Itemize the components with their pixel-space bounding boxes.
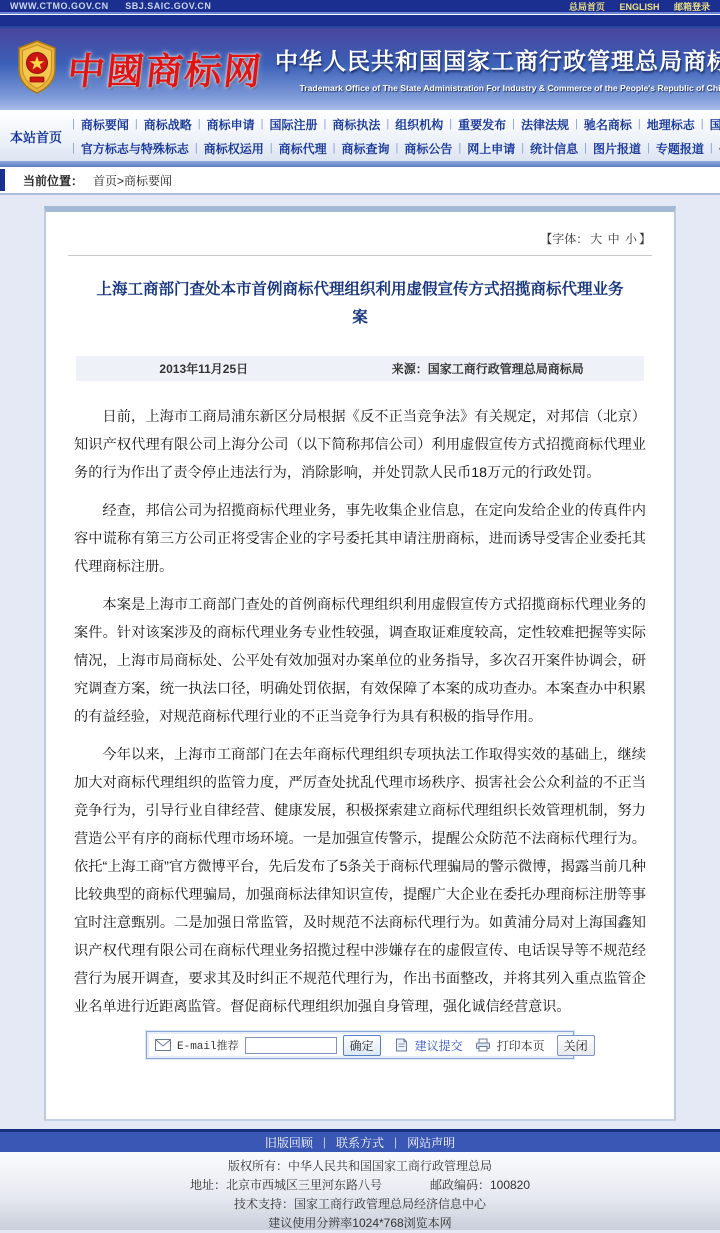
- nav-item-online-application[interactable]: 网上申请: [461, 140, 521, 157]
- nav-item-public-messages[interactable]: 公众留言: [713, 140, 720, 157]
- footer-tech-support: 技术支持：国家工商行政管理总局经济信息中心: [0, 1195, 720, 1214]
- link-mail-login[interactable]: 邮箱登录: [674, 2, 710, 12]
- footer-copyright: 版权所有：中华人民共和国国家工商行政管理总局: [0, 1157, 720, 1176]
- nav-item-trademark-news[interactable]: 商标要闻: [75, 116, 135, 133]
- breadcrumb-tick: [0, 169, 5, 191]
- link-sbj-saic[interactable]: SBJ.SAIC.GOV.CN: [125, 1, 211, 11]
- footer-link-contact[interactable]: 联系方式: [336, 1134, 384, 1151]
- nav-item-trademark-enforcement[interactable]: 商标执法: [326, 116, 386, 133]
- nav-row-2: | 官方标志与特殊标志 | 商标权运用 | 商标代理 | 商标查询 | 商标公告…: [72, 136, 720, 160]
- article-paragraph: 日前，上海市工商局浦东新区分局根据《反不正当竞争法》有关规定，对邦信（北京）知识…: [74, 403, 646, 487]
- main-area: 【字体：大 中 小】 上海工商部门查处本市首例商标代理组织利用虚假宣传方式招揽商…: [0, 195, 720, 1129]
- article-body: 日前，上海市工商局浦东新区分局根据《反不正当竞争法》有关规定，对邦信（北京）知识…: [74, 403, 646, 1031]
- footer-info: 版权所有：中华人民共和国国家工商行政管理总局 地址：北京市西城区三里河东路八号邮…: [0, 1152, 720, 1230]
- font-size-tool: 【字体：大 中 小】: [46, 226, 674, 255]
- print-page-link[interactable]: 打印本页: [497, 1037, 545, 1054]
- nav-home-link[interactable]: 本站首页: [10, 127, 72, 146]
- close-button[interactable]: 关闭: [557, 1035, 595, 1056]
- article-content-box: 【字体：大 中 小】 上海工商部门查处本市首例商标代理组织利用虚假宣传方式招揽商…: [44, 206, 676, 1121]
- topbar-strip: [0, 14, 720, 26]
- header-divider: [68, 255, 652, 256]
- font-tool-suffix: 】: [639, 232, 651, 246]
- footer-separator: |: [323, 1135, 326, 1149]
- nav-item-statistics[interactable]: 统计信息: [524, 140, 584, 157]
- nav-item-special-reports[interactable]: 专题报道: [650, 140, 710, 157]
- article-meta-bar: 2013年11月25日 来源：国家工商行政管理总局商标局: [76, 356, 644, 381]
- nav-item-official-special-marks[interactable]: 官方标志与特殊标志: [75, 140, 195, 157]
- footer-link-bar: 旧版回顾 | 联系方式 | 网站声明: [0, 1129, 720, 1152]
- footer-separator: |: [394, 1135, 397, 1149]
- header-titles: 中华人民共和国国家工商行政管理总局商标局 Trademark Office of…: [275, 43, 720, 93]
- nav-item-trademark-strategy[interactable]: 商标战略: [138, 116, 198, 133]
- nav-item-trademark-search[interactable]: 商标查询: [335, 140, 395, 157]
- article-action-toolbar: E-mail推荐 确定 建议提交 打印本页 关闭: [146, 1031, 574, 1059]
- footer-link-old-version[interactable]: 旧版回顾: [265, 1134, 313, 1151]
- footer-address: 地址：北京市西城区三里河东路八号: [190, 1178, 382, 1192]
- font-size-medium-button[interactable]: 中: [608, 232, 620, 246]
- topbar-links: 总局首页 ENGLISH 邮箱登录: [557, 0, 710, 13]
- site-logo-text[interactable]: 中國商标网: [65, 41, 266, 95]
- link-english[interactable]: ENGLISH: [619, 2, 659, 12]
- top-utility-bar: WWW.CTMO.GOV.CN SBJ.SAIC.GOV.CN 总局首页 ENG…: [0, 0, 720, 14]
- suggestion-submit-link[interactable]: 建议提交: [415, 1037, 463, 1054]
- footer-link-site-statement[interactable]: 网站声明: [407, 1134, 455, 1151]
- saic-emblem-icon: [14, 39, 60, 97]
- site-title: 中华人民共和国国家工商行政管理总局商标局: [275, 43, 720, 76]
- article-paragraph: 本案是上海市工商部门查处的首例商标代理组织利用虚假宣传方式招揽商标代理业务的案件…: [74, 591, 646, 731]
- article-paragraph: 经查，邦信公司为招揽商标代理业务，事先收集企业信息，在定向发给企业的传真件内容中…: [74, 497, 646, 581]
- printer-icon: [475, 1038, 491, 1052]
- site-header: 中國商标网 中华人民共和国国家工商行政管理总局商标局 Trademark Off…: [0, 26, 720, 110]
- nav-item-trademark-gazette[interactable]: 商标公告: [398, 140, 458, 157]
- article-date: 2013年11月25日: [76, 360, 332, 377]
- footer-address-line: 地址：北京市西城区三里河东路八号邮政编码：100820: [0, 1176, 720, 1195]
- article-title: 上海工商部门查处本市首例商标代理组织利用虚假宣传方式招揽商标代理业务案: [92, 276, 628, 332]
- nav-item-laws-regulations[interactable]: 法律法规: [515, 116, 575, 133]
- font-size-large-button[interactable]: 大: [590, 232, 602, 246]
- font-tool-prefix: 【字体：: [540, 232, 588, 246]
- article-source: 来源：国家工商行政管理总局商标局: [332, 360, 644, 377]
- breadcrumb: 当前位置： 首页>商标要闻: [0, 167, 720, 195]
- nav-item-photo-reports[interactable]: 图片报道: [587, 140, 647, 157]
- email-recommend-label: E-mail推荐: [177, 1037, 239, 1053]
- nav-item-important-releases[interactable]: 重要发布: [452, 116, 512, 133]
- nav-item-wellknown-trademarks[interactable]: 驰名商标: [578, 116, 638, 133]
- nav-row-1: | 商标要闻 | 商标战略 | 商标申请 | 国际注册 | 商标执法 | 组织机…: [72, 112, 720, 136]
- site-subtitle-english: Trademark Office of The State Administra…: [275, 83, 720, 93]
- envelope-icon: [155, 1038, 171, 1052]
- email-input[interactable]: [245, 1037, 337, 1054]
- topbar-domains: WWW.CTMO.GOV.CN SBJ.SAIC.GOV.CN: [10, 1, 225, 11]
- nav-item-international-exchange[interactable]: 国际交流: [704, 116, 720, 133]
- nav-rows: | 商标要闻 | 商标战略 | 商标申请 | 国际注册 | 商标执法 | 组织机…: [72, 112, 720, 160]
- breadcrumb-label: 当前位置：: [23, 172, 83, 189]
- article-paragraph: 今年以来，上海市工商部门在去年商标代理组织专项执法工作取得实效的基础上，继续加大…: [74, 741, 646, 1021]
- link-ctmo[interactable]: WWW.CTMO.GOV.CN: [10, 1, 109, 11]
- suggestion-doc-icon: [393, 1038, 409, 1052]
- main-navigation: 本站首页 | 商标要闻 | 商标战略 | 商标申请 | 国际注册 | 商标执法 …: [0, 110, 720, 161]
- nav-item-trademark-use[interactable]: 商标权运用: [198, 140, 270, 157]
- nav-item-trademark-agency[interactable]: 商标代理: [273, 140, 333, 157]
- font-size-small-button[interactable]: 小: [625, 232, 637, 246]
- link-bureau-home[interactable]: 总局首页: [569, 2, 605, 12]
- nav-item-trademark-application[interactable]: 商标申请: [201, 116, 261, 133]
- footer-postcode: 邮政编码：100820: [430, 1178, 530, 1192]
- email-confirm-button[interactable]: 确定: [343, 1035, 381, 1056]
- footer-resolution-note: 建议使用分辨率1024*768浏览本网: [0, 1214, 720, 1233]
- breadcrumb-path[interactable]: 首页>商标要闻: [93, 172, 172, 189]
- nav-item-international-registration[interactable]: 国际注册: [263, 116, 323, 133]
- nav-item-geographical-indications[interactable]: 地理标志: [641, 116, 701, 133]
- nav-item-organization[interactable]: 组织机构: [389, 116, 449, 133]
